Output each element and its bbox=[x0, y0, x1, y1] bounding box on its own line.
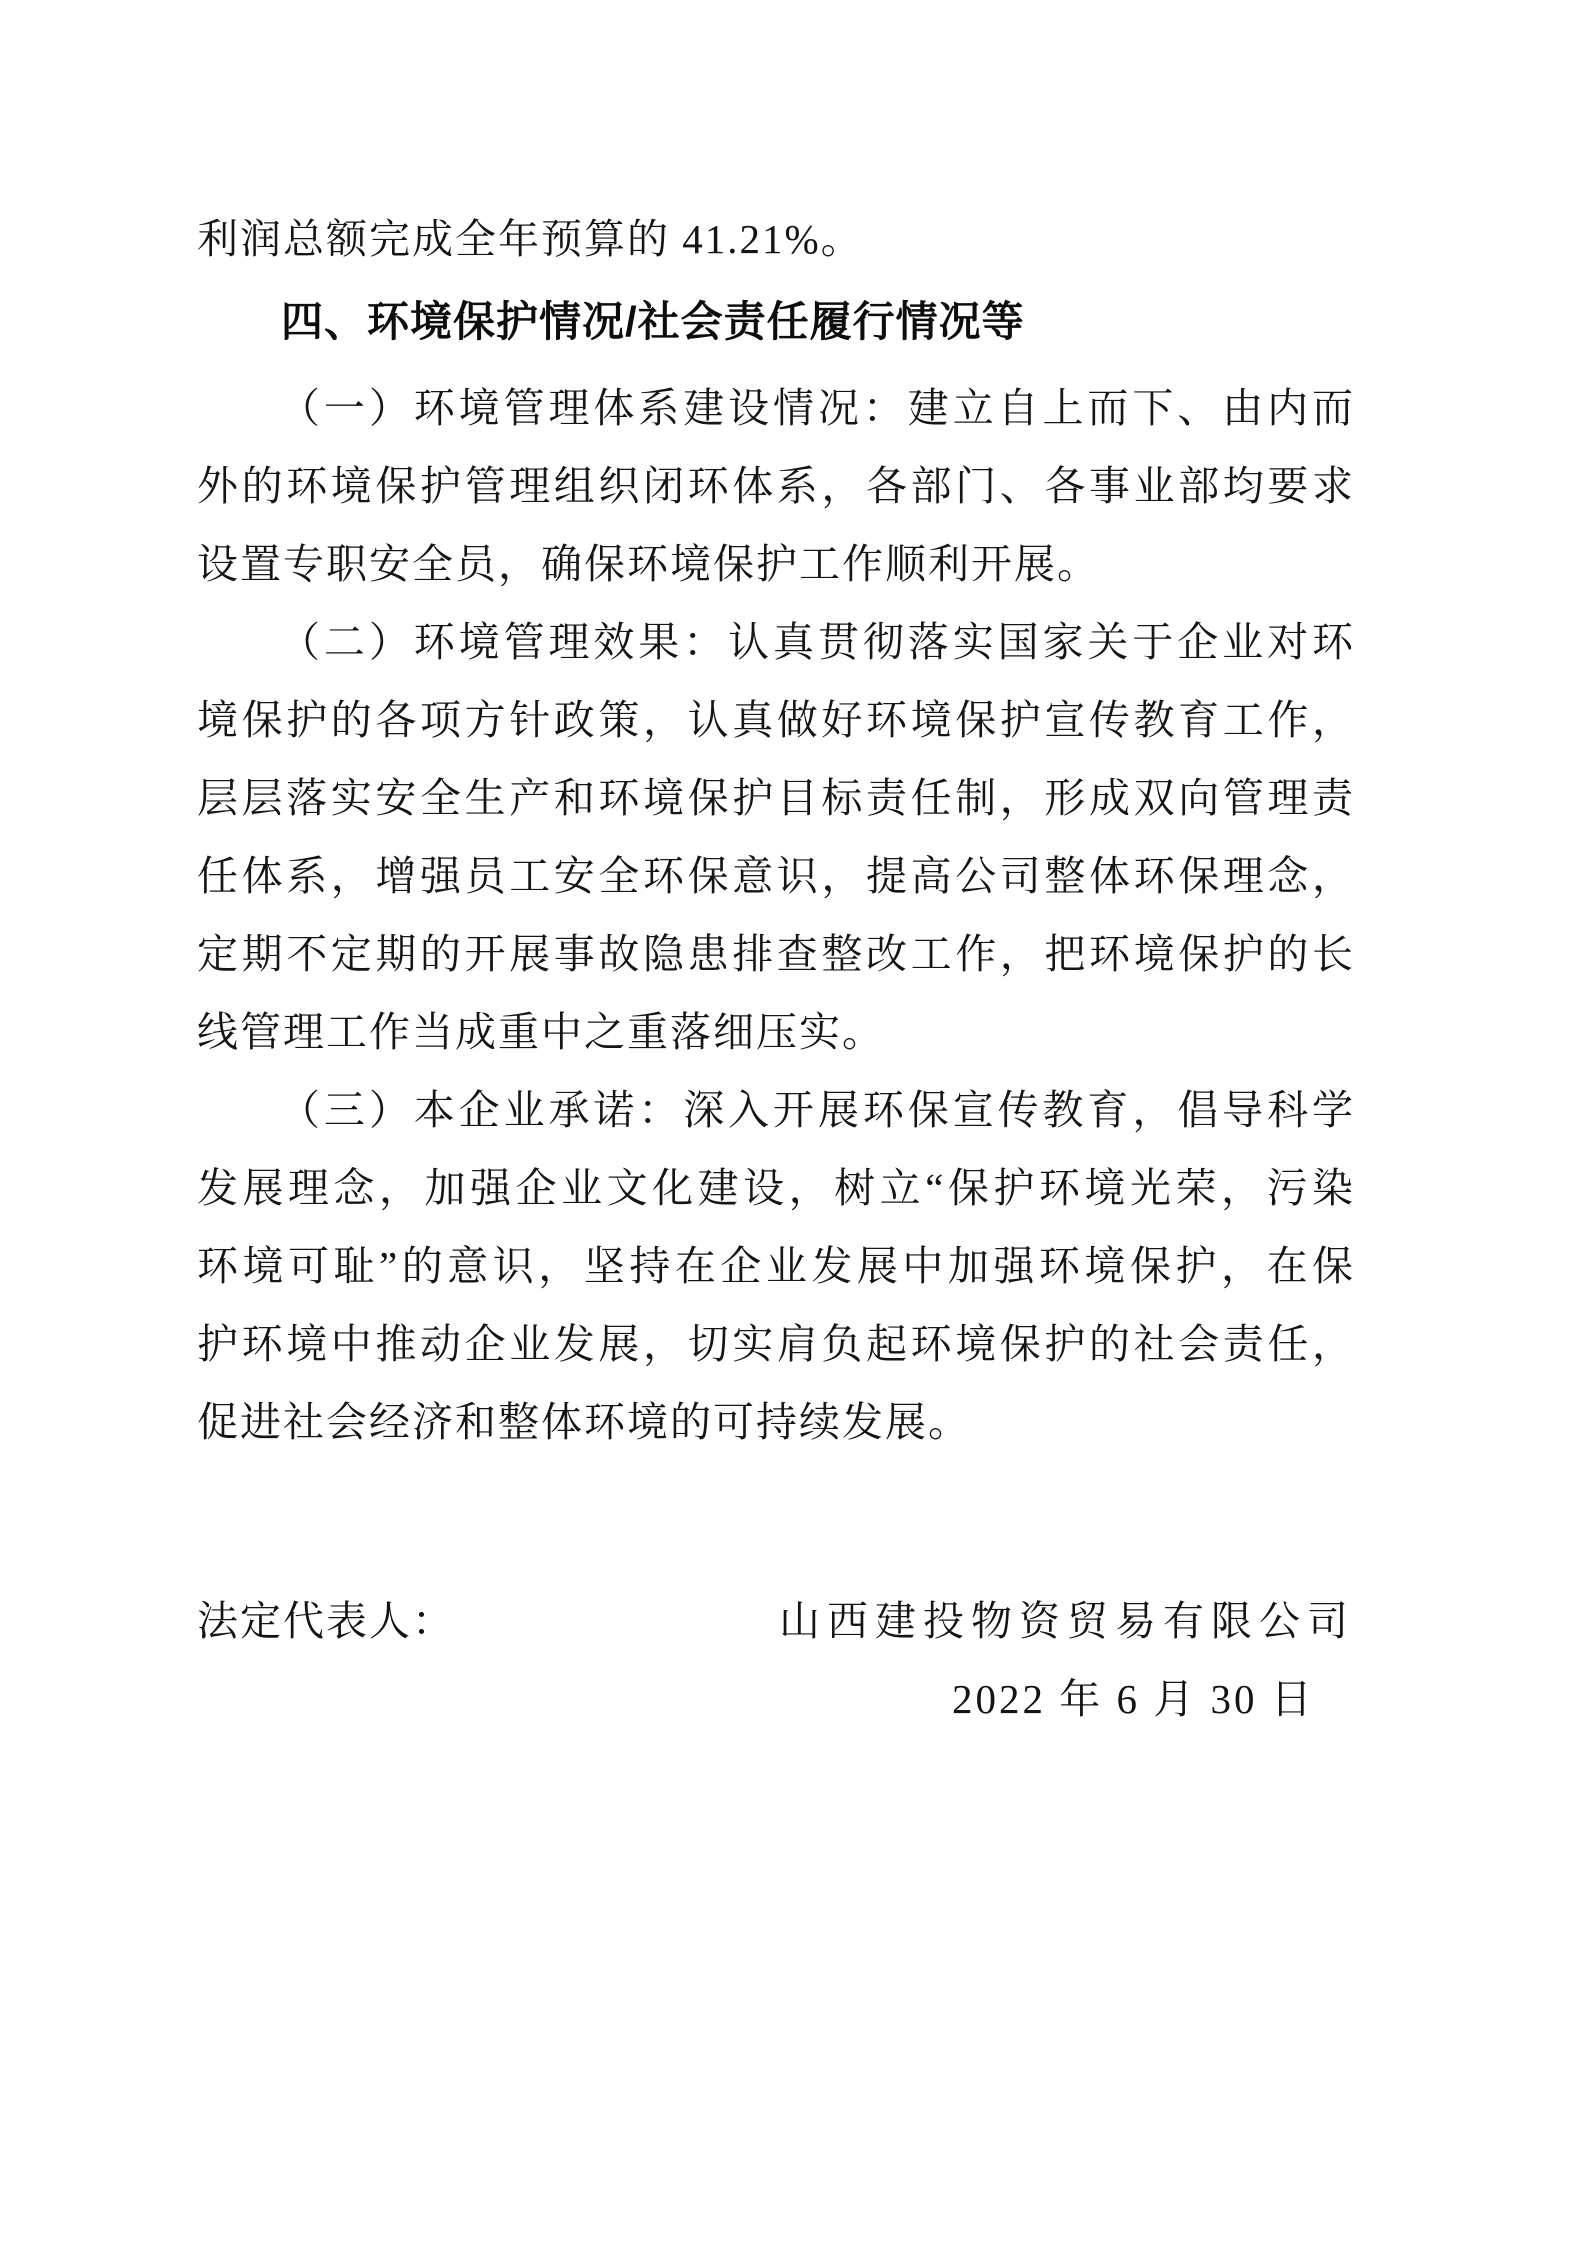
document-page: 利润总额完成全年预算的 41.21%。 四、环境保护情况/社会责任履行情况等 （… bbox=[0, 0, 1587, 2245]
body-line: 线管理工作当成重中之重落细压实。 bbox=[197, 993, 1355, 1071]
signature-row: 法定代表人： 山西建投物资贸易有限公司 bbox=[197, 1582, 1355, 1660]
body-line: 发展理念，加强企业文化建设，树立“保护环境光荣，污染 bbox=[197, 1149, 1355, 1227]
body-line: 环境可耻”的意识，坚持在企业发展中加强环境保护，在保 bbox=[197, 1227, 1355, 1305]
body-line: 定期不定期的开展事故隐患排查整改工作，把环境保护的长 bbox=[197, 915, 1355, 993]
report-date: 2022 年 6 月 30 日 bbox=[197, 1660, 1355, 1738]
body-line: （一）环境管理体系建设情况：建立自上而下、由内而 bbox=[197, 369, 1355, 447]
body-line-profit-budget: 利润总额完成全年预算的 41.21%。 bbox=[197, 200, 1355, 278]
section-heading: 四、环境保护情况/社会责任履行情况等 bbox=[197, 283, 1355, 361]
body-line: 外的环境保护管理组织闭环体系，各部门、各事业部均要求 bbox=[197, 447, 1355, 525]
legal-representative-label: 法定代表人： bbox=[197, 1582, 455, 1660]
company-name: 山西建投物资贸易有限公司 bbox=[779, 1582, 1355, 1660]
body-line: 设置专职安全员，确保环境保护工作顺利开展。 bbox=[197, 525, 1355, 603]
body-line: 促进社会经济和整体环境的可持续发展。 bbox=[197, 1383, 1355, 1461]
body-line: 境保护的各项方针政策，认真做好环境保护宣传教育工作， bbox=[197, 681, 1355, 759]
document-content: 利润总额完成全年预算的 41.21%。 四、环境保护情况/社会责任履行情况等 （… bbox=[197, 200, 1355, 1738]
body-line: 护环境中推动企业发展，切实肩负起环境保护的社会责任， bbox=[197, 1305, 1355, 1383]
body-line: 任体系，增强员工安全环保意识，提高公司整体环保理念， bbox=[197, 837, 1355, 915]
body-line: （二）环境管理效果：认真贯彻落实国家关于企业对环 bbox=[197, 603, 1355, 681]
body-line: （三）本企业承诺：深入开展环保宣传教育，倡导科学 bbox=[197, 1071, 1355, 1149]
body-line: 层层落实安全生产和环境保护目标责任制，形成双向管理责 bbox=[197, 759, 1355, 837]
